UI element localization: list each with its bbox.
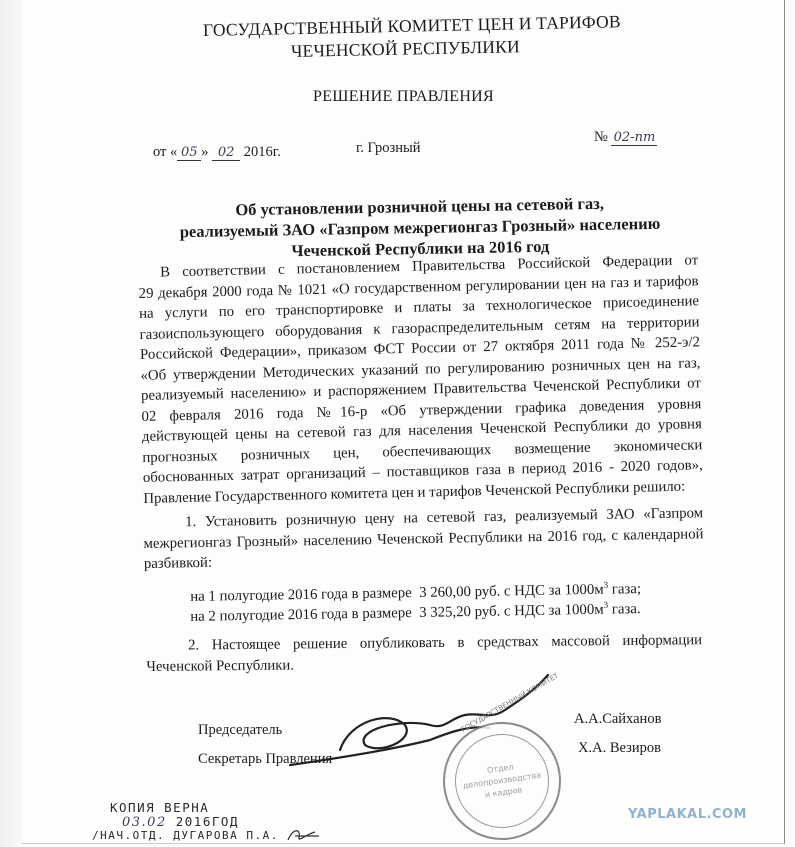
date-day: 05	[177, 145, 201, 161]
date-mid: »	[201, 144, 208, 160]
site-watermark: YAPLAKAL.COM	[628, 807, 747, 822]
price-period: на 2 полугодие 2016 года в размере	[190, 605, 412, 625]
item-1: 1. Установить розничную цену на сетевой …	[143, 503, 704, 574]
chair-title: Председатель	[198, 722, 282, 739]
copy-certified-date: 03.02 2016ГОД	[122, 814, 239, 830]
city: г. Грозный	[356, 140, 421, 157]
price-tail: газа.	[608, 601, 641, 618]
chair-name: А.А.Сайханов	[574, 711, 661, 728]
copy-certified-signatory: /НАЧ.ОТД. ДУГАРОВА П.А.	[92, 829, 279, 842]
date-year: 2016г.	[244, 144, 281, 160]
document-type-title: РЕШЕНИЕ ПРАВЛЕНИЯ	[313, 88, 494, 106]
price-amount: 3 325,20 руб. с НДС за 1000м	[419, 602, 604, 621]
date-month: 02	[212, 145, 240, 161]
number-prefix: №	[594, 129, 608, 145]
copy-date-hand: 03.02	[122, 815, 167, 830]
secretary-name: Х.А. Везиров	[578, 740, 661, 757]
copy-certified-label: КОПИЯ ВЕРНА	[110, 800, 209, 815]
document-date: от «05» 02 2016г.	[153, 144, 281, 161]
scan-edge	[0, 0, 22, 847]
preamble-paragraph: В соответствии с постановлением Правител…	[138, 250, 703, 509]
number-value: 02-пт	[611, 130, 657, 146]
copy-year: 2016ГОД	[176, 814, 239, 829]
document-number: № 02-пт	[594, 129, 657, 146]
copy-signature-icon	[285, 826, 325, 844]
date-prefix: от «	[153, 144, 177, 160]
